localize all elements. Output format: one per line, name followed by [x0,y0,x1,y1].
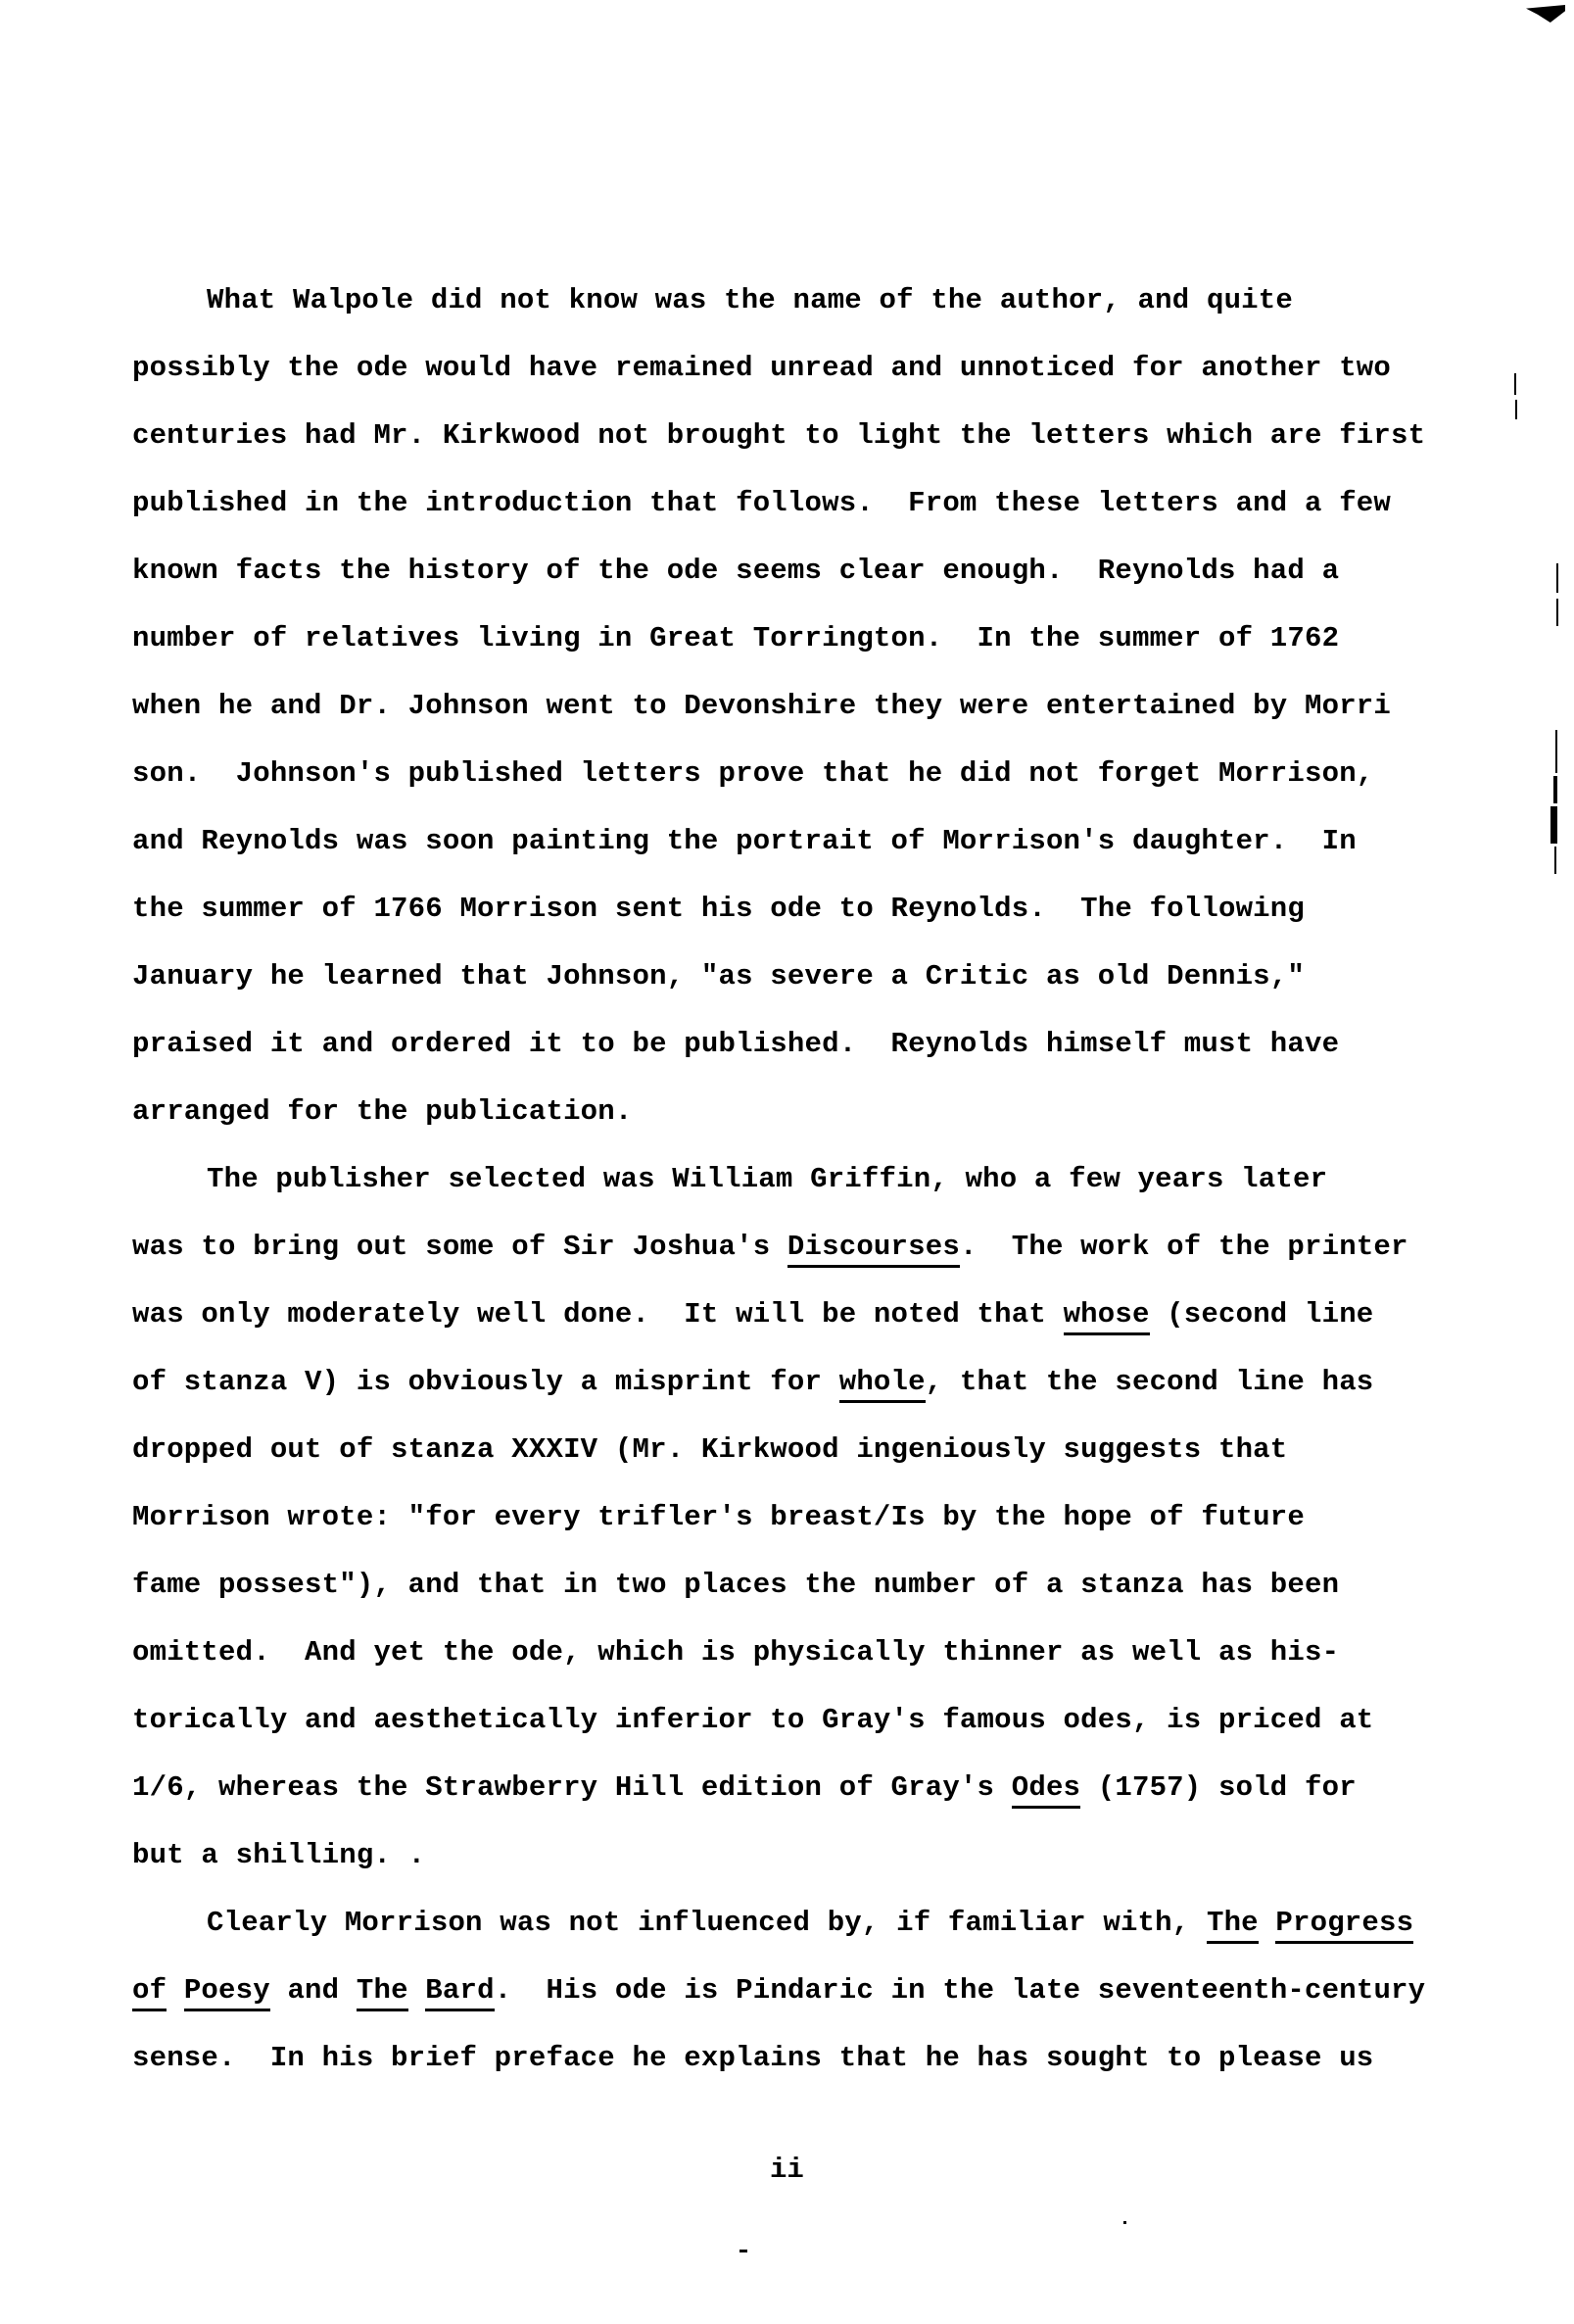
text-segment: was only moderately well done. It will b… [132,1298,1064,1331]
margin-scan-mark [1515,400,1517,419]
text-line: was only moderately well done. It will b… [132,1281,1503,1348]
text-segment: possibly the ode would have remained unr… [132,352,1391,384]
scan-speck [1123,2221,1126,2224]
underlined-text: The [1207,1907,1259,1944]
margin-scan-mark [1554,847,1556,874]
text-segment: sense. In his brief preface he explains … [132,2042,1373,2074]
underlined-text: The [357,1974,408,2011]
text-segment: dropped out of stanza XXXIV (Mr. Kirkwoo… [132,1433,1287,1466]
text-line: when he and Dr. Johnson went to Devonshi… [132,672,1503,740]
scan-corner-mark [1526,5,1565,23]
text-segment: when he and Dr. Johnson went to Devonshi… [132,690,1391,722]
text-segment [167,1974,184,2007]
text-line: sense. In his brief preface he explains … [132,2024,1503,2092]
text-segment: , that the second line has [926,1366,1374,1398]
underlined-text: of [132,1974,167,2011]
text-segment: the summer of 1766 Morrison sent his ode… [132,893,1305,925]
text-segment: 1/6, whereas the Strawberry Hill edition… [132,1771,1012,1804]
text-segment: fame possest"), and that in two places t… [132,1569,1339,1601]
text-line: but a shilling. . [132,1821,1503,1889]
margin-scan-mark [1550,806,1557,844]
text-segment: omitted. And yet the ode, which is physi… [132,1636,1339,1669]
text-segment: and [270,1974,357,2007]
text-segment: known facts the history of the ode seems… [132,555,1339,587]
text-segment [1259,1907,1276,1939]
underlined-text: Discourses [787,1231,960,1268]
text-segment: was to bring out some of Sir Joshua's [132,1231,787,1263]
text-line: The publisher selected was William Griff… [132,1145,1503,1213]
text-segment: son. Johnson's published letters prove t… [132,757,1373,790]
text-line: the summer of 1766 Morrison sent his ode… [132,875,1503,943]
text-segment: number of relatives living in Great Torr… [132,622,1339,654]
text-segment: published in the introduction that follo… [132,487,1391,519]
text-line: omitted. And yet the ode, which is physi… [132,1619,1503,1686]
margin-scan-mark [1553,776,1557,803]
text-line: known facts the history of the ode seems… [132,537,1503,605]
text-segment: . His ode is Pindaric in the late sevent… [495,1974,1426,2007]
margin-scan-mark [1556,599,1558,626]
text-segment: Clearly Morrison was not influenced by, … [207,1907,1207,1939]
text-segment: (second line [1150,1298,1374,1331]
text-segment: (1757) sold for [1080,1771,1357,1804]
text-line: dropped out of stanza XXXIV (Mr. Kirkwoo… [132,1416,1503,1483]
text-line: 1/6, whereas the Strawberry Hill edition… [132,1754,1503,1821]
text-line: Morrison wrote: "for every trifler's bre… [132,1483,1503,1551]
text-line: and Reynolds was soon painting the portr… [132,807,1503,875]
text-segment: Morrison wrote: "for every trifler's bre… [132,1501,1305,1533]
text-segment: What Walpole did not know was the name o… [207,284,1293,316]
text-line: possibly the ode would have remained unr… [132,334,1503,402]
text-segment: of stanza V) is obviously a misprint for [132,1366,839,1398]
underlined-text: Odes [1012,1771,1080,1809]
document-page: What Walpole did not know was the name o… [0,0,1574,2324]
margin-scan-mark [1514,373,1516,395]
text-line: published in the introduction that follo… [132,469,1503,537]
text-line: of Poesy and The Bard. His ode is Pindar… [132,1957,1503,2024]
text-line: Clearly Morrison was not influenced by, … [132,1889,1503,1957]
text-segment: January he learned that Johnson, "as sev… [132,960,1305,993]
text-segment: torically and aesthetically inferior to … [132,1704,1373,1736]
underlined-text: whole [839,1366,926,1403]
text-line: arranged for the publication. [132,1078,1503,1145]
text-line: son. Johnson's published letters prove t… [132,740,1503,807]
text-segment: but a shilling. . [132,1839,425,1871]
underlined-text: Bard [425,1974,494,2011]
text-segment: and Reynolds was soon painting the portr… [132,825,1357,857]
scan-speck [739,2250,747,2252]
text-line: of stanza V) is obviously a misprint for… [132,1348,1503,1416]
text-segment: arranged for the publication. [132,1095,632,1128]
typed-text-block: What Walpole did not know was the name o… [132,266,1503,2092]
text-segment: . The work of the printer [960,1231,1408,1263]
text-line: What Walpole did not know was the name o… [132,266,1503,334]
text-line: fame possest"), and that in two places t… [132,1551,1503,1619]
margin-scan-mark [1555,730,1557,773]
text-segment: centuries had Mr. Kirkwood not brought t… [132,419,1425,452]
text-segment [408,1974,426,2007]
text-segment: praised it and ordered it to be publishe… [132,1028,1339,1060]
underlined-text: Poesy [184,1974,270,2011]
underlined-text: Progress [1275,1907,1413,1944]
text-line: January he learned that Johnson, "as sev… [132,943,1503,1010]
underlined-text: whose [1064,1298,1150,1335]
text-line: was to bring out some of Sir Joshua's Di… [132,1213,1503,1281]
page-number: ii [770,2154,804,2187]
text-line: torically and aesthetically inferior to … [132,1686,1503,1754]
text-line: number of relatives living in Great Torr… [132,605,1503,672]
text-line: centuries had Mr. Kirkwood not brought t… [132,402,1503,469]
text-segment: The publisher selected was William Griff… [207,1163,1327,1195]
text-line: praised it and ordered it to be publishe… [132,1010,1503,1078]
margin-scan-mark [1556,563,1558,593]
